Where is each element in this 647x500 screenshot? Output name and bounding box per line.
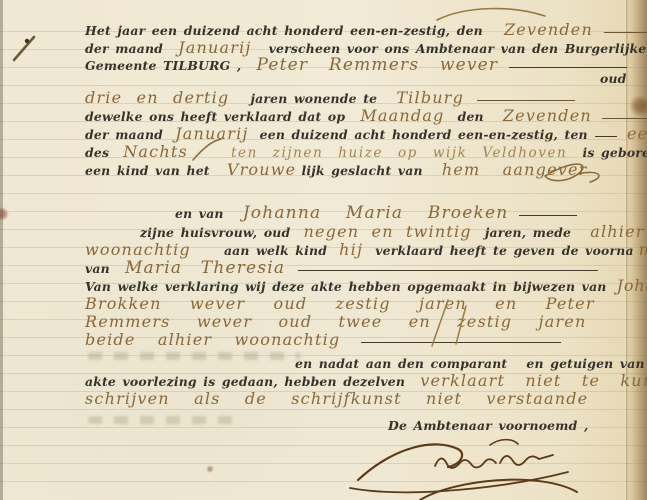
document-line: oud bbox=[600, 68, 627, 87]
printed-text: der maand bbox=[85, 41, 163, 56]
ruled-fill-line bbox=[361, 340, 561, 343]
printed-text: een kind van het bbox=[85, 163, 210, 178]
margin-tally-dot bbox=[25, 39, 29, 43]
handwritten-text: Johannes bbox=[617, 276, 647, 295]
document-line: Het jaar een duizend acht honderd een-en… bbox=[85, 20, 647, 39]
document-line: en van Johanna Maria Broeken bbox=[175, 203, 577, 222]
handwritten-text: ten zijnen huize op wijk Veldhoven bbox=[231, 145, 567, 161]
handwritten-text: een bbox=[627, 124, 647, 143]
printed-text: den bbox=[458, 109, 484, 124]
printed-text: jaren, mede bbox=[485, 225, 571, 240]
printed-text: jaren wonende te bbox=[250, 91, 377, 106]
handwritten-text: hem aangever bbox=[442, 160, 588, 179]
handwritten-text: Zevenden bbox=[504, 20, 593, 39]
printed-text: dewelke ons heeft verklaard dat op bbox=[85, 109, 345, 124]
document-line: De Ambtenaar voornoemd , bbox=[388, 415, 588, 434]
document-line: dewelke ons heeft verklaard dat op Maand… bbox=[85, 106, 647, 125]
document-line: akte voorlezing is gedaan, hebben dezelv… bbox=[85, 371, 647, 390]
printed-text: is geboren bbox=[582, 145, 647, 160]
second-signature-partial bbox=[420, 480, 577, 500]
handwritten-text: hij bbox=[339, 240, 363, 259]
document-line: schrijven als de schrijfkunst niet verst… bbox=[85, 389, 588, 408]
document-line: Remmers wever oud twee en zestig jaren bbox=[85, 312, 586, 331]
ruled-fill-line bbox=[604, 30, 647, 33]
printed-text: lijk geslacht van bbox=[301, 163, 422, 178]
document-line: der maand Januarij een duizend acht hond… bbox=[85, 124, 647, 143]
handwritten-text: verklaart niet te kunnen bbox=[420, 371, 647, 390]
printed-text: Gemeente TILBURG , bbox=[85, 58, 241, 73]
printed-text: zijne huisvrouw, oud bbox=[140, 225, 290, 240]
document-line: drie en dertig jaren wonende te Tilburg bbox=[85, 88, 575, 107]
handwritten-text: Tilburg bbox=[396, 88, 464, 107]
handwritten-text: woonachtig bbox=[85, 240, 191, 259]
handwritten-text: beide alhier woonachtig bbox=[85, 330, 340, 349]
printed-text: akte voorlezing is gedaan, hebben dezelv… bbox=[85, 374, 405, 389]
document-line: beide alhier woonachtig bbox=[85, 330, 561, 349]
printed-text: Van welke verklaring wij deze akte hebbe… bbox=[85, 279, 607, 294]
bleed-through-smudge bbox=[88, 416, 238, 424]
printed-text: De Ambtenaar voornoemd , bbox=[388, 418, 588, 433]
swash-zevenden bbox=[437, 9, 545, 20]
document-line: een kind van het Vrouwe lijk geslacht va… bbox=[85, 160, 588, 179]
printed-text: Het jaar een duizend acht honderd een-en… bbox=[85, 23, 483, 38]
printed-text: en getuigen van deze bbox=[526, 356, 647, 371]
printed-text: des bbox=[85, 145, 109, 160]
document-line: zijne huisvrouw, oud negen en twintig ja… bbox=[140, 222, 645, 241]
ruled-fill-line bbox=[595, 134, 617, 137]
handwritten-text: Vrouwe bbox=[227, 160, 297, 179]
handwritten-text: Maria Theresia bbox=[125, 258, 285, 278]
document-line: en nadat aan den comparant en getuigen v… bbox=[295, 353, 647, 372]
handwritten-text: alhier bbox=[590, 222, 644, 241]
handwritten-text: Maandag bbox=[360, 106, 444, 125]
printed-text: en van bbox=[175, 206, 224, 221]
printed-text: oud bbox=[600, 71, 627, 86]
handwritten-text: Zevenden bbox=[503, 106, 592, 125]
handwritten-text: drie en dertig bbox=[85, 88, 229, 107]
bleed-through-smudge bbox=[88, 352, 300, 360]
ruled-fill-line bbox=[602, 116, 647, 119]
document-line: Van welke verklaring wij deze akte hebbe… bbox=[85, 276, 647, 295]
margin-tally-mark-icon bbox=[14, 37, 34, 60]
ruled-fill-line bbox=[477, 98, 575, 101]
printed-text: van bbox=[85, 261, 110, 276]
document-line: Brokken wever oud zestig jaren en Peter bbox=[85, 294, 595, 313]
document-line: van Maria Theresia bbox=[85, 258, 598, 277]
printed-text: aan welk kind bbox=[224, 243, 327, 258]
registrar-signature bbox=[340, 436, 590, 498]
printed-text: een duizend acht honderd een-en-zestig, … bbox=[260, 127, 588, 142]
document-page: Het jaar een duizend acht honderd een-en… bbox=[0, 0, 647, 500]
handwritten-text: schrijven als de schrijfkunst niet verst… bbox=[85, 389, 588, 408]
document-line: woonachtig aan welk kind hij verklaard h… bbox=[85, 240, 647, 259]
scan-edge-strip bbox=[0, 0, 3, 500]
printed-text: en nadat aan den comparant bbox=[295, 356, 507, 371]
printed-text: der maand bbox=[85, 127, 163, 142]
handwritten-text: Brokken wever oud zestig jaren en Peter bbox=[85, 294, 595, 313]
ruled-fill-line bbox=[519, 213, 577, 216]
handwritten-text: Januarij bbox=[175, 124, 248, 143]
handwritten-text: men bbox=[639, 240, 647, 259]
printed-text: verscheen voor ons Ambtenaar van den Bur… bbox=[269, 41, 647, 56]
document-line: Gemeente TILBURG , Peter Remmers wever bbox=[85, 55, 627, 74]
document-line: des Nachts ten zijnen huize op wijk Veld… bbox=[85, 142, 647, 161]
handwritten-text: Peter Remmers wever bbox=[256, 55, 498, 75]
handwritten-text: Johanna Maria Broeken bbox=[243, 203, 509, 223]
ruled-fill-line bbox=[298, 268, 598, 271]
handwritten-text: Nachts bbox=[123, 142, 188, 161]
handwritten-text: negen en twintig bbox=[303, 222, 471, 241]
printed-text: verklaard heeft te geven de voorna bbox=[375, 243, 633, 258]
handwritten-text: Remmers wever oud twee en zestig jaren bbox=[85, 312, 586, 331]
